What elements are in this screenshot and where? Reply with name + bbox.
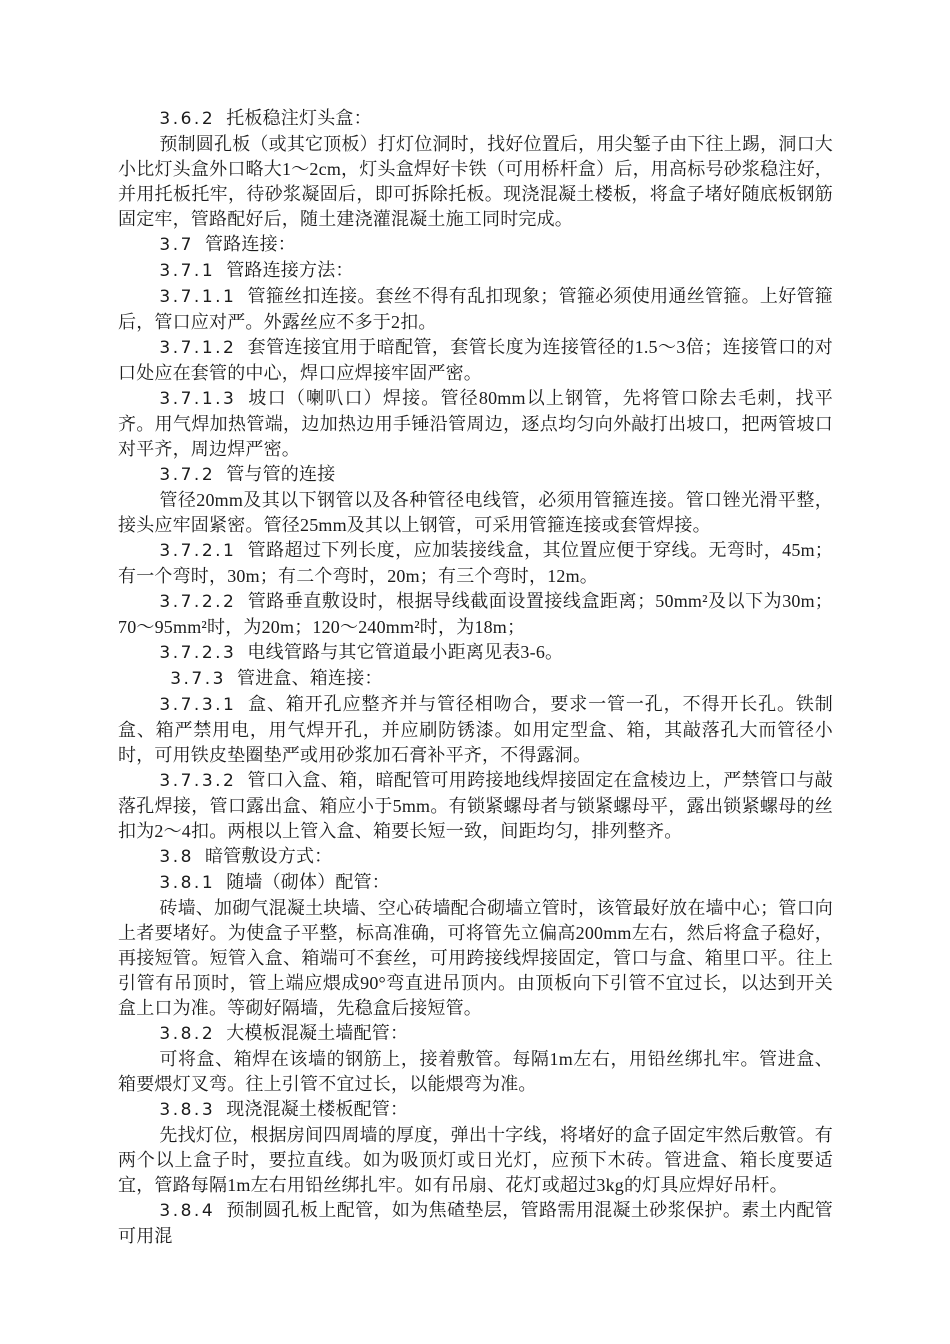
- heading-3-7: 3.7管路连接：: [118, 232, 833, 258]
- section-number: 3.8.2: [159, 1024, 215, 1044]
- para-3-7-2-body: 管径20mm及其以下钢管以及各种管径电线管，必须用管箍连接。管口锉光滑平整，接头…: [118, 488, 833, 538]
- heading-text: 随墙（砌体）配管：: [226, 872, 390, 892]
- section-number: 3.7.2.2: [159, 592, 236, 612]
- section-number: 3.7.1.2: [159, 338, 236, 358]
- paragraph-text: 电线管路与其它管道最小距离见表3-6。: [247, 642, 563, 662]
- section-number: 3.7.1.1: [159, 287, 236, 307]
- heading-3-7-2: 3.7.2管与管的连接: [118, 462, 833, 488]
- para-3-8-3-body: 先找灯位，根据房间四周墙的厚度，弹出十字线，将堵好的盒子固定牢然后敷管。有两个以…: [118, 1123, 833, 1198]
- paragraph-text: 可将盒、箱焊在该墙的钢筋上，接着敷管。每隔1m左右，用铅丝绑扎牢。管进盒、箱要煨…: [118, 1049, 833, 1094]
- section-number: 3.7.3.2: [159, 771, 236, 791]
- section-number: 3.8.3: [159, 1100, 215, 1120]
- heading-3-7-3: 3.7.3管进盒、箱连接：: [118, 666, 833, 692]
- section-number: 3.7.1: [159, 261, 215, 281]
- heading-text: 管路连接方法：: [226, 260, 353, 280]
- section-number: 3.8.1: [159, 873, 215, 893]
- heading-text: 暗管敷设方式：: [205, 846, 332, 866]
- heading-text: 管与管的连接: [226, 464, 335, 484]
- para-3-8-2-body: 可将盒、箱焊在该墙的钢筋上，接着敷管。每隔1m左右，用铅丝绑扎牢。管进盒、箱要煨…: [118, 1047, 833, 1097]
- para-3-7-1-2: 3.7.1.2套管连接宜用于暗配管，套管长度为连接管径的1.5～3倍；连接管口的…: [118, 335, 833, 386]
- para-3-7-2-1: 3.7.2.1管路超过下列长度，应加装接线盒，其位置应便于穿线。无弯时，45m；…: [118, 538, 833, 589]
- paragraph-text: 预制圆孔板（或其它顶板）打灯位洞时，找好位置后，用尖錾子由下往上踢，洞口大小比灯…: [118, 134, 833, 229]
- para-3-7-1-1: 3.7.1.1管箍丝扣连接。套丝不得有乱扣现象；管箍必须使用通丝管箍。上好管箍后…: [118, 284, 833, 335]
- para-3-7-2-2: 3.7.2.2管路垂直敷设时，根据导线截面设置接线盒距离；50mm²及以下为30…: [118, 589, 833, 640]
- document-page: 3.6.2托板稳注灯头盒： 预制圆孔板（或其它顶板）打灯位洞时，找好位置后，用尖…: [0, 0, 950, 1344]
- section-number: 3.8: [159, 847, 194, 867]
- section-number: 3.7.1.3: [159, 389, 236, 409]
- heading-3-7-1: 3.7.1管路连接方法：: [118, 258, 833, 284]
- section-number: 3.7.2.1: [159, 541, 236, 561]
- heading-text: 管进盒、箱连接：: [237, 668, 383, 688]
- section-number: 3.7.2.3: [159, 643, 236, 663]
- heading-3-8-3: 3.8.3现浇混凝土楼板配管：: [118, 1097, 833, 1123]
- para-3-6-2-body: 预制圆孔板（或其它顶板）打灯位洞时，找好位置后，用尖錾子由下往上踢，洞口大小比灯…: [118, 132, 833, 232]
- paragraph-text: 先找灯位，根据房间四周墙的厚度，弹出十字线，将堵好的盒子固定牢然后敷管。有两个以…: [118, 1125, 833, 1195]
- heading-3-8: 3.8暗管敷设方式：: [118, 844, 833, 870]
- para-3-8-4: 3.8.4预制圆孔板上配管，如为焦碴垫层，管路需用混凝土砂浆保护。素土内配管可用…: [118, 1198, 833, 1249]
- para-3-7-3-1: 3.7.3.1盒、箱开孔应整齐并与管径相吻合，要求一管一孔，不得开长孔。铁制盒、…: [118, 692, 833, 768]
- para-3-8-1-body: 砖墙、加砌气混凝土块墙、空心砖墙配合砌墙立管时，该管最好放在墙中心；管口向上者要…: [118, 896, 833, 1021]
- heading-text: 管路连接：: [205, 234, 296, 254]
- heading-3-8-1: 3.8.1随墙（砌体）配管：: [118, 870, 833, 896]
- heading-3-6-2: 3.6.2托板稳注灯头盒：: [118, 106, 833, 132]
- para-3-7-3-2: 3.7.3.2管口入盒、箱，暗配管可用跨接地线焊接固定在盒棱边上，严禁管口与敲落…: [118, 768, 833, 844]
- section-number: 3.8.4: [159, 1201, 215, 1221]
- paragraph-text: 预制圆孔板上配管，如为焦碴垫层，管路需用混凝土砂浆保护。素土内配管可用混: [118, 1200, 833, 1246]
- heading-text: 托板稳注灯头盒：: [226, 108, 372, 128]
- section-number: 3.7.3.1: [159, 695, 236, 715]
- heading-text: 现浇混凝土楼板配管：: [226, 1099, 408, 1119]
- section-number: 3.7.3: [170, 669, 226, 689]
- paragraph-text: 管径20mm及其以下钢管以及各种管径电线管，必须用管箍连接。管口锉光滑平整，接头…: [118, 490, 833, 535]
- heading-text: 大模板混凝土墙配管：: [226, 1023, 408, 1043]
- para-3-7-2-3: 3.7.2.3电线管路与其它管道最小距离见表3-6。: [118, 640, 833, 666]
- para-3-7-1-3: 3.7.1.3坡口（喇叭口）焊接。管径80mm以上钢管，先将管口除去毛刺，找平齐…: [118, 386, 833, 462]
- heading-3-8-2: 3.8.2大模板混凝土墙配管：: [118, 1021, 833, 1047]
- section-number: 3.7: [159, 235, 194, 255]
- paragraph-text: 砖墙、加砌气混凝土块墙、空心砖墙配合砌墙立管时，该管最好放在墙中心；管口向上者要…: [118, 898, 833, 1018]
- section-number: 3.7.2: [159, 465, 215, 485]
- section-number: 3.6.2: [159, 109, 215, 129]
